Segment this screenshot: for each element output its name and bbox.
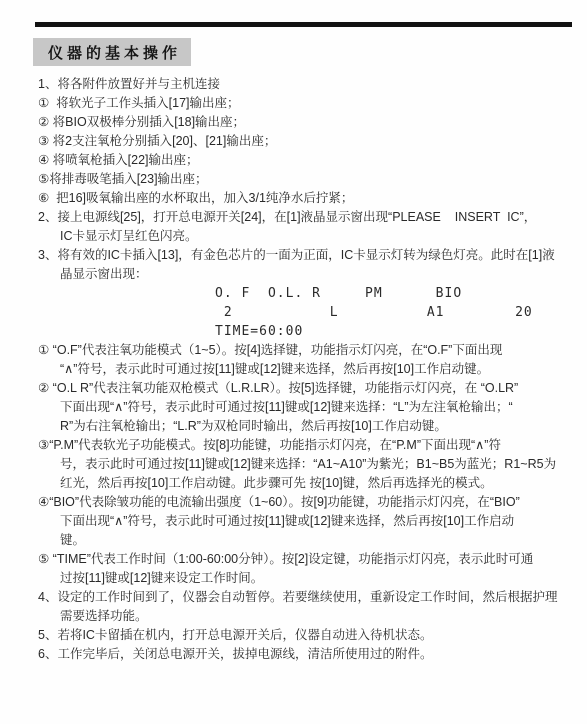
doc-line: ⑤ “TIME”代表工作时间（1:00-60:00分钟）。按[2]设定键，功能指… — [38, 550, 578, 569]
doc-line: “∧”符号，表示此时可通过按[11]键或[12]键来选择，然后再按[10]工作启… — [38, 360, 578, 379]
doc-line: 2、接上电源线[25]，打开总电源开关[24]，在[1]液晶显示窗出现“PLEA… — [38, 208, 578, 227]
lcd-row: O. F O.L. R PM BIO — [215, 284, 578, 303]
doc-line: 晶显示窗出现： — [38, 265, 578, 284]
doc-line: 1、将各附件放置好并与主机连接 — [38, 75, 578, 94]
manual-page: 仪器的基本操作 1、将各附件放置好并与主机连接 ① 将软光子工作头插入[17]输… — [0, 0, 587, 724]
doc-line: 键。 — [38, 531, 578, 550]
doc-line: 3、将有效的IC卡插入[13]，有金色芯片的一面为正面，IC卡显示灯转为绿色灯亮… — [38, 246, 578, 265]
doc-line: ④ 将喷氧枪插入[22]输出座； — [38, 151, 578, 170]
section-title: 仪器的基本操作 — [48, 42, 181, 63]
doc-line: 6、工作完毕后，关闭总电源开关，拔掉电源线，清洁所使用过的附件。 — [38, 645, 578, 664]
doc-line: ⑥ 把16]吸氧输出座的水杯取出，加入3/1纯净水后拧紧； — [38, 189, 578, 208]
lcd-display-readout: O. F O.L. R PM BIO 2 L A1 20 TIME=60:00 — [215, 284, 578, 341]
doc-line: ③ 将2支注氧枪分别插入[20]、[21]输出座； — [38, 132, 578, 151]
doc-line: IC卡显示灯呈红色闪亮。 — [38, 227, 578, 246]
doc-line: ③“P.M”代表软光子功能模式。按[8]功能键，功能指示灯闪亮，在“P.M”下面… — [38, 436, 578, 455]
doc-line: 5、若将IC卡留插在机内，打开总电源开关后，仪器自动进入待机状态。 — [38, 626, 578, 645]
doc-line: ② “O.L R”代表注氧功能双枪模式（L.R.LR）。按[5]选择键，功能指示… — [38, 379, 578, 398]
doc-line: 红光，然后再按[10]工作启动键。此步骤可先 按[10]键，然后再选择光的模式。 — [38, 474, 578, 493]
top-rule-divider — [35, 22, 572, 27]
doc-line: 下面出现“∧”符号，表示此时可通过按[11]键或[12]键来选择，然后再按[10… — [38, 512, 578, 531]
section-title-box: 仪器的基本操作 — [33, 38, 191, 66]
doc-line: R”为右注氧枪输出；“L.R”为双枪同时输出，然后再按[10]工作启动键。 — [38, 417, 578, 436]
doc-line: ① 将软光子工作头插入[17]输出座； — [38, 94, 578, 113]
doc-line: 4、设定的工作时间到了，仪器会自动暂停。若要继续使用，重新设定工作时间，然后根据… — [38, 588, 578, 607]
instructions-body: 1、将各附件放置好并与主机连接 ① 将软光子工作头插入[17]输出座； ② 将B… — [38, 75, 578, 664]
doc-line: ⑤将排毒吸笔插入[23]输出座； — [38, 170, 578, 189]
doc-line: 需要选择功能。 — [38, 607, 578, 626]
doc-line: ④“BIO”代表除皱功能的电流输出强度（1~60）。按[9]功能键，功能指示灯闪… — [38, 493, 578, 512]
doc-line: 过按[11]键或[12]键来设定工作时间。 — [38, 569, 578, 588]
lcd-row: TIME=60:00 — [215, 322, 578, 341]
doc-line: 下面出现“∧”符号，表示此时可通过按[11]键或[12]键来选择：“L”为左注氧… — [38, 398, 578, 417]
doc-line: 号，表示此时可通过按[11]键或[12]键来选择：“A1~A10”为紫光；B1~… — [38, 455, 578, 474]
doc-line: ② 将BIO双极棒分别插入[18]输出座； — [38, 113, 578, 132]
lcd-row: 2 L A1 20 — [215, 303, 578, 322]
doc-line: ① “O.F”代表注氧功能模式（1~5）。按[4]选择键，功能指示灯闪亮，在“O… — [38, 341, 578, 360]
